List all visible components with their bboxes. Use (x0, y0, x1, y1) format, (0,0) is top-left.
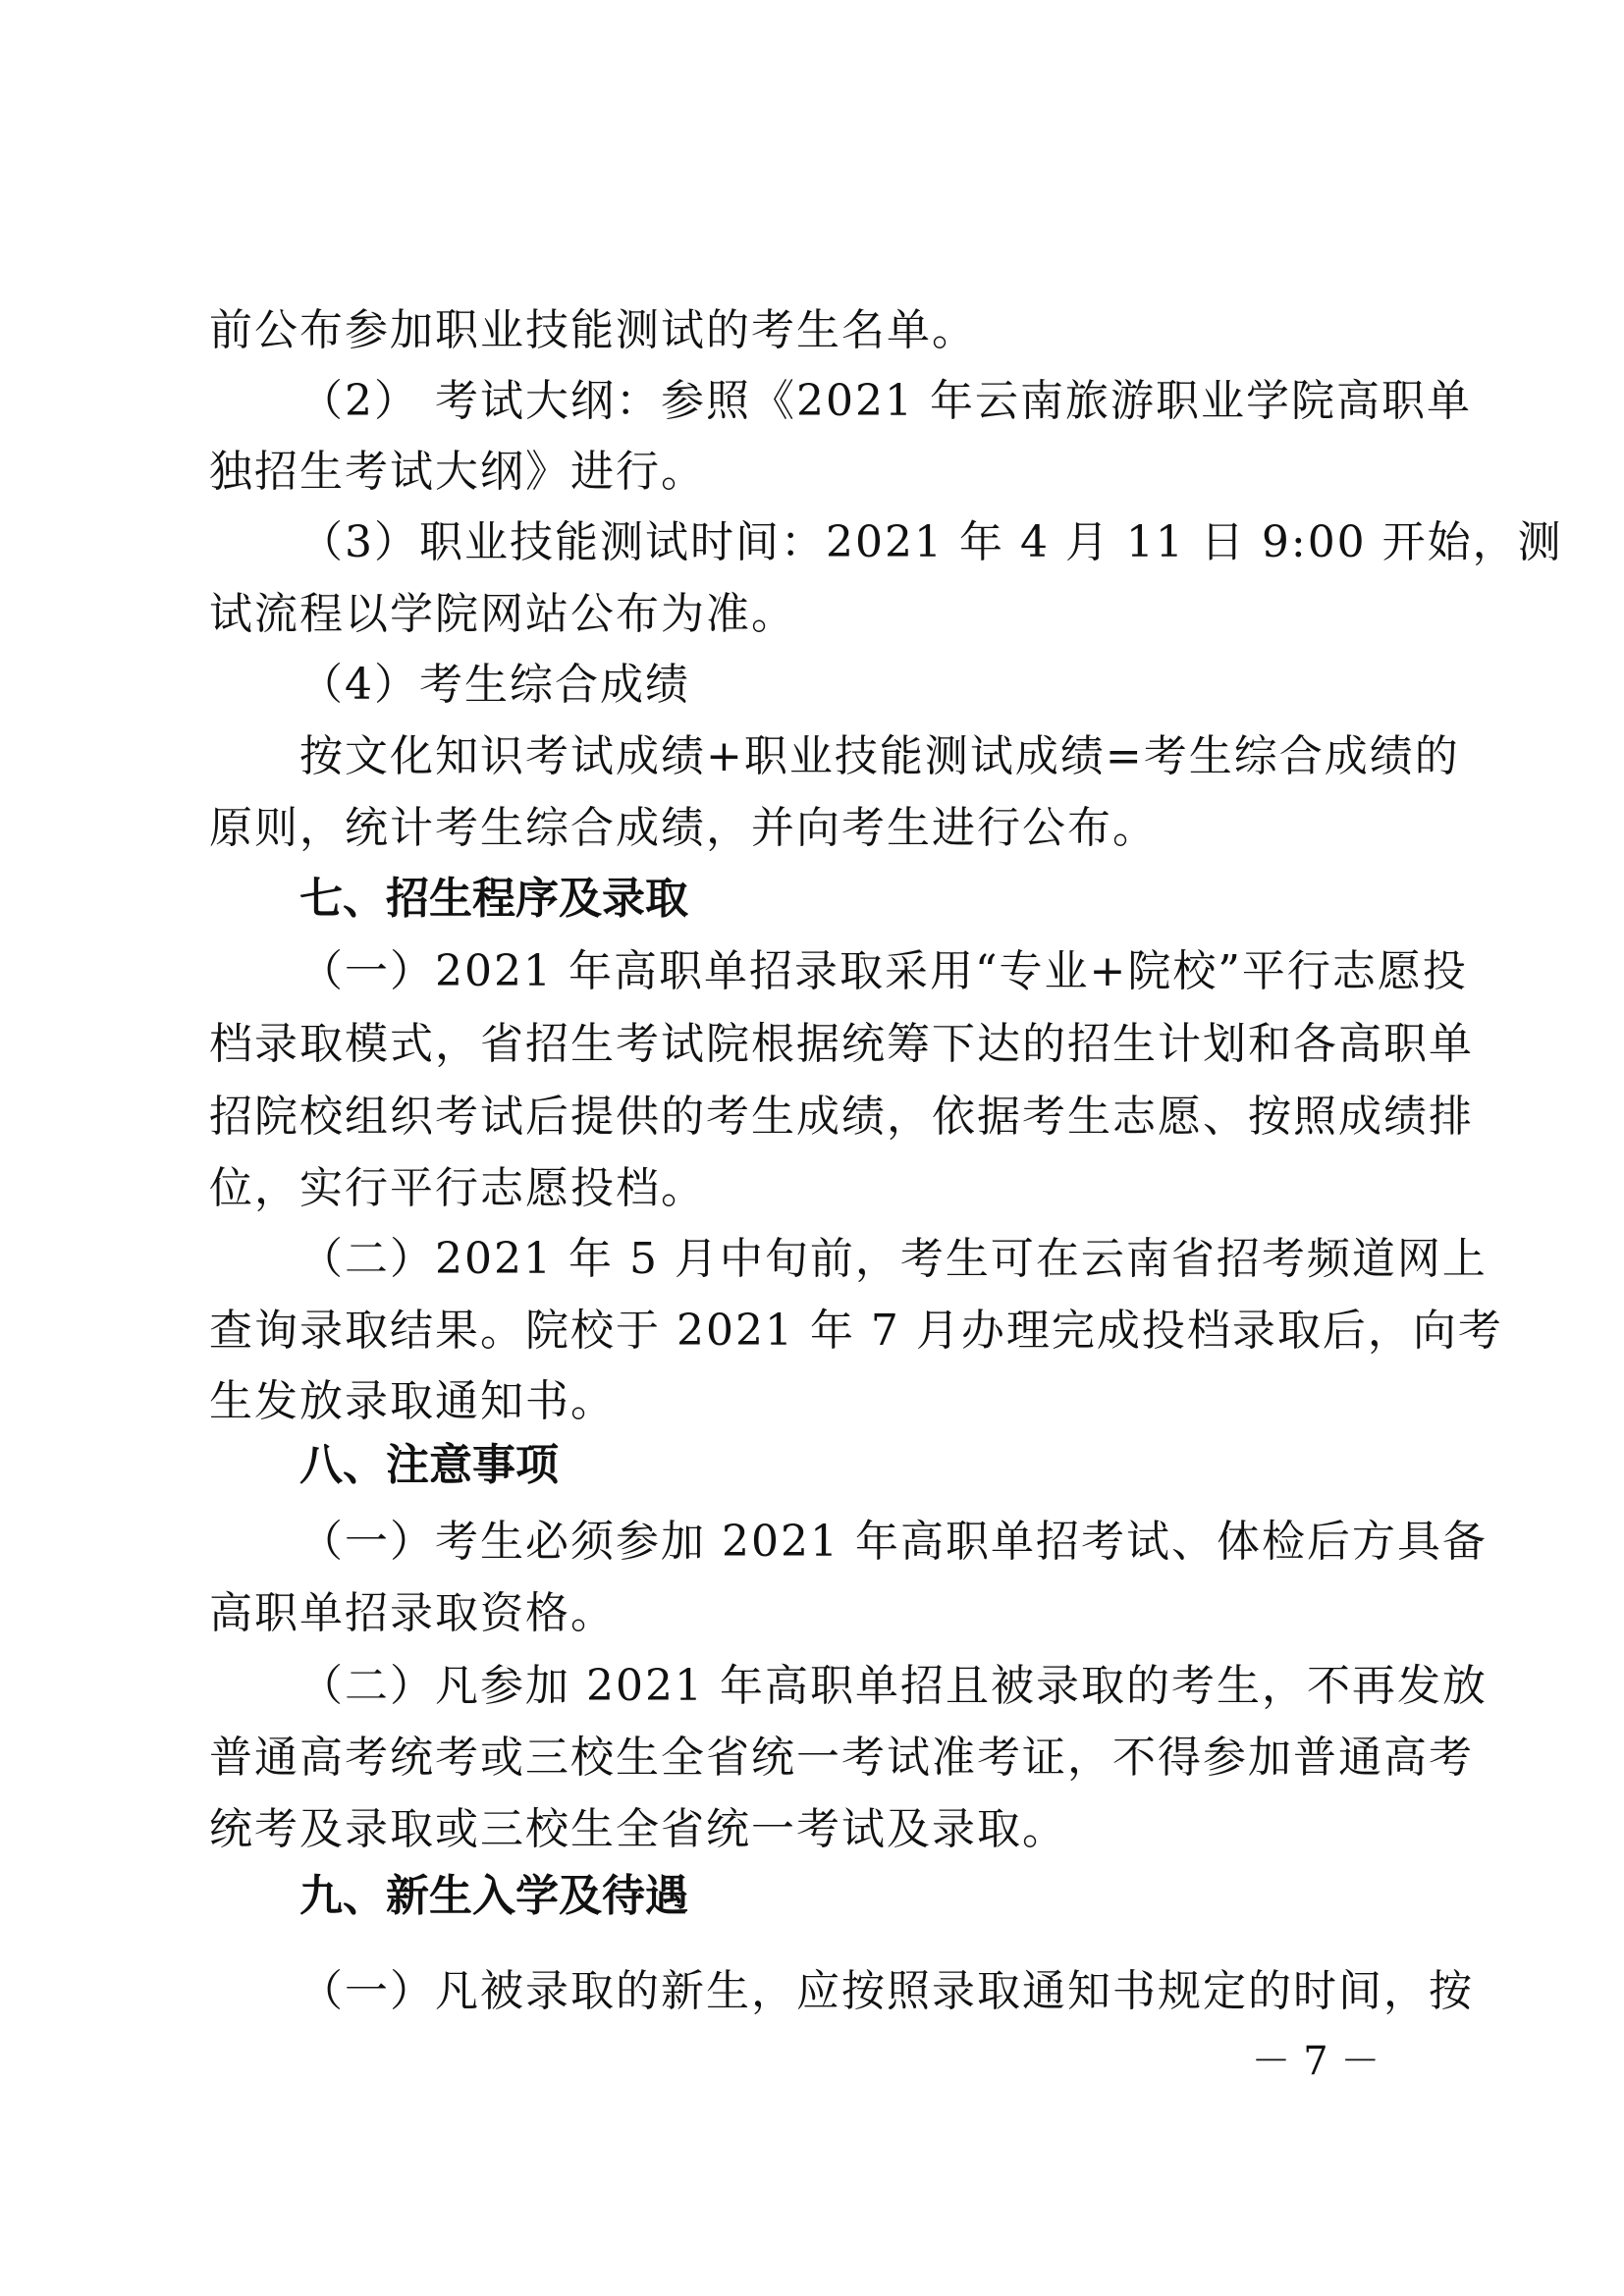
paragraph-line: 生发放录取通知书。 (209, 1372, 1427, 1431)
paragraph-line: 查询录取结果。院校于 2021 年 7 月办理完成投档录取后，向考 (209, 1302, 1427, 1361)
paragraph-line: 原则，统计考生综合成绩，并向考生进行公布。 (209, 799, 1427, 858)
paragraph-line: （一）凡被录取的新生，应按照录取通知书规定的时间，按 (209, 1962, 1427, 2021)
paragraph-line: （二）凡参加 2021 年高职单招且被录取的考生，不再发放 (209, 1657, 1427, 1716)
paragraph-line: （2） 考试大纲：参照《2021 年云南旅游职业学院高职单 (209, 372, 1427, 431)
document-page: 前公布参加职业技能测试的考生名单。 （2） 考试大纲：参照《2021 年云南旅游… (0, 0, 1624, 2296)
section-heading-7: 七、招生程序及录取 (209, 870, 1427, 929)
paragraph-line: 前公布参加职业技能测试的考生名单。 (209, 301, 1427, 360)
paragraph-line: 招院校组织考试后提供的考生成绩，依据考生志愿、按照成绩排 (209, 1088, 1427, 1147)
section-heading-8: 八、注意事项 (209, 1436, 1427, 1495)
paragraph-line: 高职单招录取资格。 (209, 1584, 1427, 1643)
paragraph-line: （二）2021 年 5 月中旬前，考生可在云南省招考频道网上 (209, 1230, 1427, 1289)
paragraph-line: 试流程以学院网站公布为准。 (209, 585, 1427, 644)
paragraph-line: 位，实行平行志愿投档。 (209, 1159, 1427, 1218)
paragraph-line: 按文化知识考试成绩+职业技能测试成绩=考生综合成绩的 (209, 727, 1427, 786)
paragraph-line: 独招生考试大纲》进行。 (209, 443, 1427, 502)
paragraph-line: （3）职业技能测试时间：2021 年 4 月 11 日 9:00 开始，测 (209, 513, 1427, 572)
paragraph-line: （4）考生综合成绩 (209, 656, 1427, 715)
paragraph-line: 统考及录取或三校生全省统一考试及录取。 (209, 1800, 1427, 1859)
paragraph-line: （一）考生必须参加 2021 年高职单招考试、体检后方具备 (209, 1513, 1427, 1572)
paragraph-line: 档录取模式，省招生考试院根据统筹下达的招生计划和各高职单 (209, 1015, 1427, 1074)
page-number: － 7 － (1247, 2037, 1384, 2086)
paragraph-line: （一）2021 年高职单招录取采用“专业+院校”平行志愿投 (209, 942, 1427, 1001)
section-heading-9: 九、新生入学及待遇 (209, 1867, 1427, 1926)
paragraph-line: 普通高考统考或三校生全省统一考试准考证，不得参加普通高考 (209, 1729, 1427, 1788)
